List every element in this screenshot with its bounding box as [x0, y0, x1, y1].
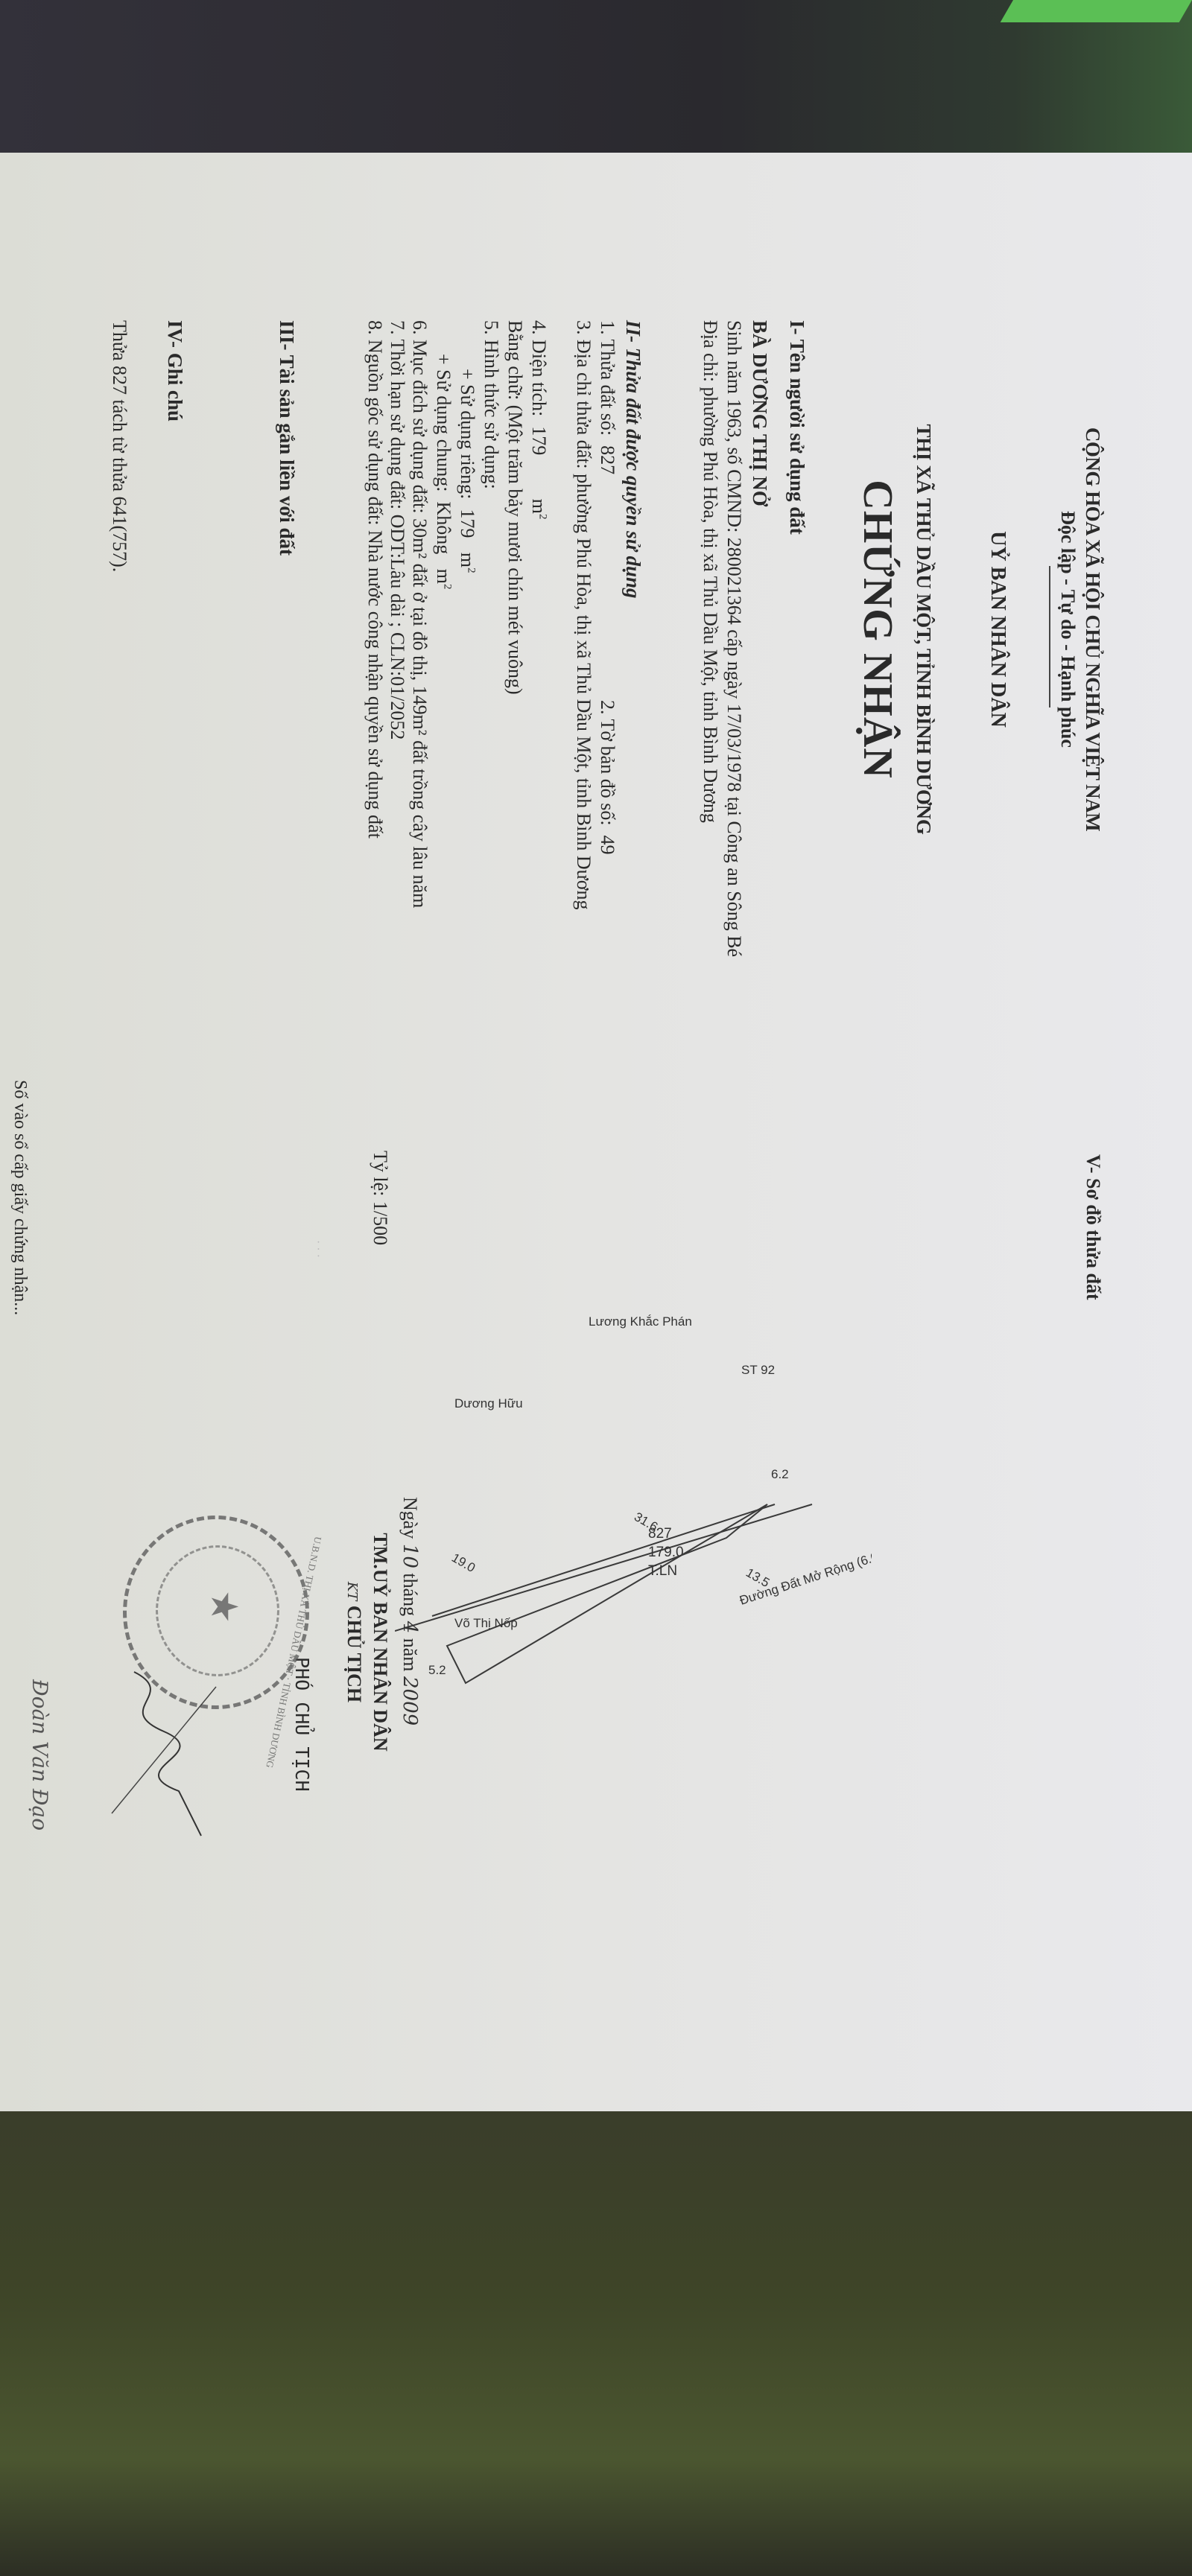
area-unit: m	[528, 499, 550, 514]
date-day: 10	[399, 1544, 421, 1568]
signer-name: Đoàn Văn Đạo	[28, 1679, 52, 1831]
svg-text:19.0: 19.0	[449, 1551, 478, 1575]
shared-use-value: Không	[433, 501, 454, 554]
owner-birth-id: Sinh năm 1963, số CMND: 280021364 cấp ng…	[723, 320, 745, 957]
register-note: Số vào sổ cấp giấy chứng nhận...	[10, 1080, 30, 1315]
plot-scale: Tỷ lệ: 1/500	[369, 1151, 391, 1245]
national-title: CỘNG HÒA XÃ HỘI CHỦ NGHĨA VIỆT NAM	[1081, 391, 1104, 868]
svg-text:Võ Thị Nốp: Võ Thị Nốp	[454, 1616, 518, 1630]
owner-name: BÀ DƯƠNG THỊ NỞ	[748, 320, 771, 506]
issuing-authority: UỶ BAN NHÂN DÂN	[986, 391, 1009, 868]
vice-chairman-title: PHÓ CHỦ TỊCH	[291, 1657, 313, 1792]
faint-mark: · · ·	[311, 1240, 324, 1258]
date-month-label: tháng	[399, 1573, 421, 1616]
signature-scribble	[74, 1664, 223, 1858]
svg-text:179.0: 179.0	[648, 1545, 684, 1560]
parcel-number-label: 1. Thửa đất số:	[597, 320, 618, 436]
photo-background-top	[0, 0, 1192, 171]
usage-form-label: 5. Hình thức sử dụng:	[480, 320, 502, 489]
section-3-heading: III- Tài sản gắn liền với đất	[275, 320, 298, 556]
photo-background-bottom	[0, 2108, 1192, 2576]
photo-background-green-surface	[1001, 0, 1192, 22]
section-4-heading: IV- Ghi chú	[163, 320, 186, 422]
kt-mark: KT	[344, 1582, 360, 1600]
date-prefix: Ngày	[399, 1497, 421, 1539]
svg-text:6.2: 6.2	[771, 1467, 789, 1481]
issue-date: Ngày 10 tháng 4 năm 2009	[399, 1497, 421, 1726]
private-use: + Sử dụng riêng: 179 m2	[456, 369, 478, 573]
owner-address: Địa chỉ: phường Phú Hòa, thị xã Thủ Dầu …	[699, 320, 721, 823]
svg-text:ST 92: ST 92	[741, 1363, 775, 1377]
svg-text:Lương Khắc Phán: Lương Khắc Phán	[589, 1314, 692, 1329]
area-in-words: Bằng chữ: (Một trăm bảy mươi chín mét vu…	[504, 320, 526, 695]
issuing-locality: THỊ XÃ THỦ DẦU MỘT, TỈNH BÌNH DƯƠNG	[912, 391, 935, 868]
land-use-origin: 8. Nguồn gốc sử dụng đất: Nhà nước công …	[364, 320, 386, 839]
national-motto: Độc lập - Tự do - Hạnh phúc	[1056, 391, 1079, 868]
motto-underline	[1049, 566, 1050, 707]
svg-text:5.2: 5.2	[428, 1663, 446, 1677]
area-value: 179	[528, 426, 550, 455]
section-2-heading: II- Thửa đất được quyền sử dụng	[621, 320, 644, 599]
seal-star-icon: ★	[203, 1590, 246, 1623]
shared-use-label: + Sử dụng chung:	[433, 354, 454, 492]
svg-text:827: 827	[648, 1526, 672, 1542]
parcel-number: 1. Thửa đất số: 827	[596, 320, 618, 474]
area-label: 4. Diện tích:	[528, 320, 550, 416]
parcel-address: 3. Địa chỉ thửa đất: phường Phú Hòa, thị…	[572, 320, 595, 909]
parcel-area: 4. Diện tích: 179 m2	[527, 320, 550, 520]
map-sheet-number: 2. Tờ bản đồ số: 49	[596, 700, 618, 855]
date-year: 2009	[399, 1676, 421, 1726]
shared-use: + Sử dụng chung: Không m2	[432, 354, 454, 590]
private-use-value: 179	[457, 509, 478, 538]
land-use-certificate-page: CỘNG HÒA XÃ HỘI CHỦ NGHĨA VIỆT NAM Độc l…	[0, 153, 1192, 2111]
parcel-number-value: 827	[597, 445, 618, 474]
section-5-heading: V- Sơ đồ thửa đất	[1082, 1154, 1104, 1300]
date-year-label: năm	[399, 1638, 421, 1672]
map-sheet-label: 2. Tờ bản đồ số:	[597, 700, 618, 826]
land-use-term: 7. Thời hạn sử dụng đất: ODT:Lâu dài ; C…	[386, 320, 408, 740]
land-use-purpose: 6. Mục đích sử dụng đất: 30m² đất ở tại …	[408, 320, 431, 908]
chairman-label: CHỦ TỊCH	[343, 1606, 365, 1702]
private-use-label: + Sử dụng riêng:	[457, 369, 478, 499]
svg-text:Dương Hữu: Dương Hữu	[454, 1396, 523, 1411]
note-text: Thửa 827 tách từ thửa 641(757).	[108, 320, 130, 572]
svg-text:T.LN: T.LN	[648, 1563, 677, 1579]
section-1-heading: I- Tên người sử dụng đất	[785, 320, 808, 535]
map-sheet-value: 49	[597, 836, 618, 855]
certificate-photo: CỘNG HÒA XÃ HỘI CHỦ NGHĨA VIỆT NAM Độc l…	[0, 153, 1192, 2111]
date-month: 4	[399, 1621, 421, 1634]
plot-diagram: ST 92 Lương Khắc Phán Dương Hữu Võ Thị N…	[395, 1255, 872, 1731]
on-behalf-of: TM.UỶ BAN NHÂN DÂN	[369, 1486, 391, 1799]
chairman-title: KT CHỦ TỊCH	[343, 1486, 365, 1799]
document-title: CHỨNG NHẬN	[854, 391, 901, 868]
